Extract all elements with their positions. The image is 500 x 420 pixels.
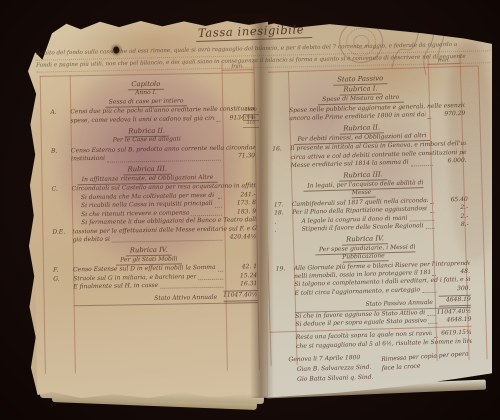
dotted-leader: [160, 287, 223, 289]
dotted-leader: [427, 315, 435, 316]
gutter-annotation: 1800 mag. 310: [243, 108, 259, 128]
dotted-leader: [434, 337, 438, 338]
ledger-right-page: fran. Stato Passivo Rubrica I. Spese di …: [260, 18, 492, 398]
dotted-leader: [218, 198, 222, 199]
signature-block: Genova li 7 Aprile 1800 Gian B. Salvarez…: [270, 351, 473, 385]
dotted-leader: [430, 211, 434, 212]
dotted-leader: [107, 159, 221, 162]
dotted-leader: [112, 240, 223, 243]
left-page-surface: fran. Capitolo Anno I. Sessa di case per…: [25, 16, 272, 400]
dotted-leader: [429, 323, 438, 324]
page-gutter-shadow: [250, 18, 274, 398]
dotted-leader: [218, 270, 224, 271]
dotted-leader: [411, 164, 433, 166]
heading-text: Per spese giudiziarie, i Messi di Pubbli…: [315, 243, 416, 263]
dotted-leader: [216, 121, 220, 122]
right-page-entries: Stato Passivo Rubrica I. Spese di Mistur…: [262, 69, 473, 386]
entry-text: spese, come vedova li anni e cadono sul …: [70, 114, 214, 125]
dotted-leader: [430, 203, 434, 204]
entry-letter: [44, 306, 74, 307]
gutter-annotation-line: 310: [243, 121, 259, 128]
dotted-leader: [432, 275, 436, 276]
column-rule: [478, 65, 488, 359]
entry-number: [270, 351, 296, 352]
entry-amount: 300.: [438, 285, 470, 294]
heading-text: Per le Case ed allegati: [109, 136, 185, 144]
entry-letter: A.: [40, 109, 70, 118]
right-page-surface: fran. Stato Passivo Rubrica I. Spese di …: [254, 11, 497, 398]
marginal-note: Rimessa per copia per opera fece la croc…: [381, 349, 474, 383]
entry-amount: 8.-: [436, 221, 468, 230]
entry-letter: [41, 164, 71, 165]
manuscript-photo: fran. Capitolo Anno I. Sessa di case per…: [0, 0, 500, 420]
entry-text: E finalmente sul H, in casse: [73, 282, 158, 292]
date-and-signatures: Genova li 7 Aprile 1800 Gian B. Salvarez…: [270, 354, 373, 385]
entry-letter: [43, 292, 73, 293]
left-page-entries: Capitolo Anno I. Sessa di case per intie…: [40, 75, 258, 306]
gutter-annotation-line: 1800: [243, 108, 259, 115]
heading-text: In legati, per l'acquisto delle abilità …: [303, 179, 423, 199]
dotted-leader: [427, 117, 431, 118]
entry-text: già debito si: [72, 236, 109, 245]
summary-amount: 4648.19: [439, 316, 471, 325]
heading-text: Anno I.: [131, 89, 161, 97]
signature: Gio Batta Silvani q. Sind.: [271, 372, 374, 385]
dotted-leader: [215, 206, 222, 207]
ledger-left-page: fran. Capitolo Anno I. Sessa di case per…: [28, 18, 268, 398]
entry-text: instituzioni: [71, 155, 105, 164]
entry-letter: C.: [42, 186, 72, 195]
dotted-leader: [422, 292, 437, 293]
entry-letter: [43, 245, 73, 246]
dotted-leader: [426, 228, 435, 229]
entry-letter: [41, 125, 71, 126]
total-amount: 4648.19: [439, 295, 471, 308]
entry-amount: 970.29: [433, 110, 465, 119]
entry-letter: D.E.: [42, 228, 72, 237]
entry-amount: 6.000.: [435, 157, 467, 166]
entry-letter: G.: [43, 275, 73, 284]
heading-text: Rubrica IV.: [126, 245, 172, 256]
total-label: Stato Attivo Annuale: [74, 294, 224, 306]
heading-text: Stato Passivo: [333, 74, 387, 86]
entry-letter: B.: [41, 147, 71, 156]
